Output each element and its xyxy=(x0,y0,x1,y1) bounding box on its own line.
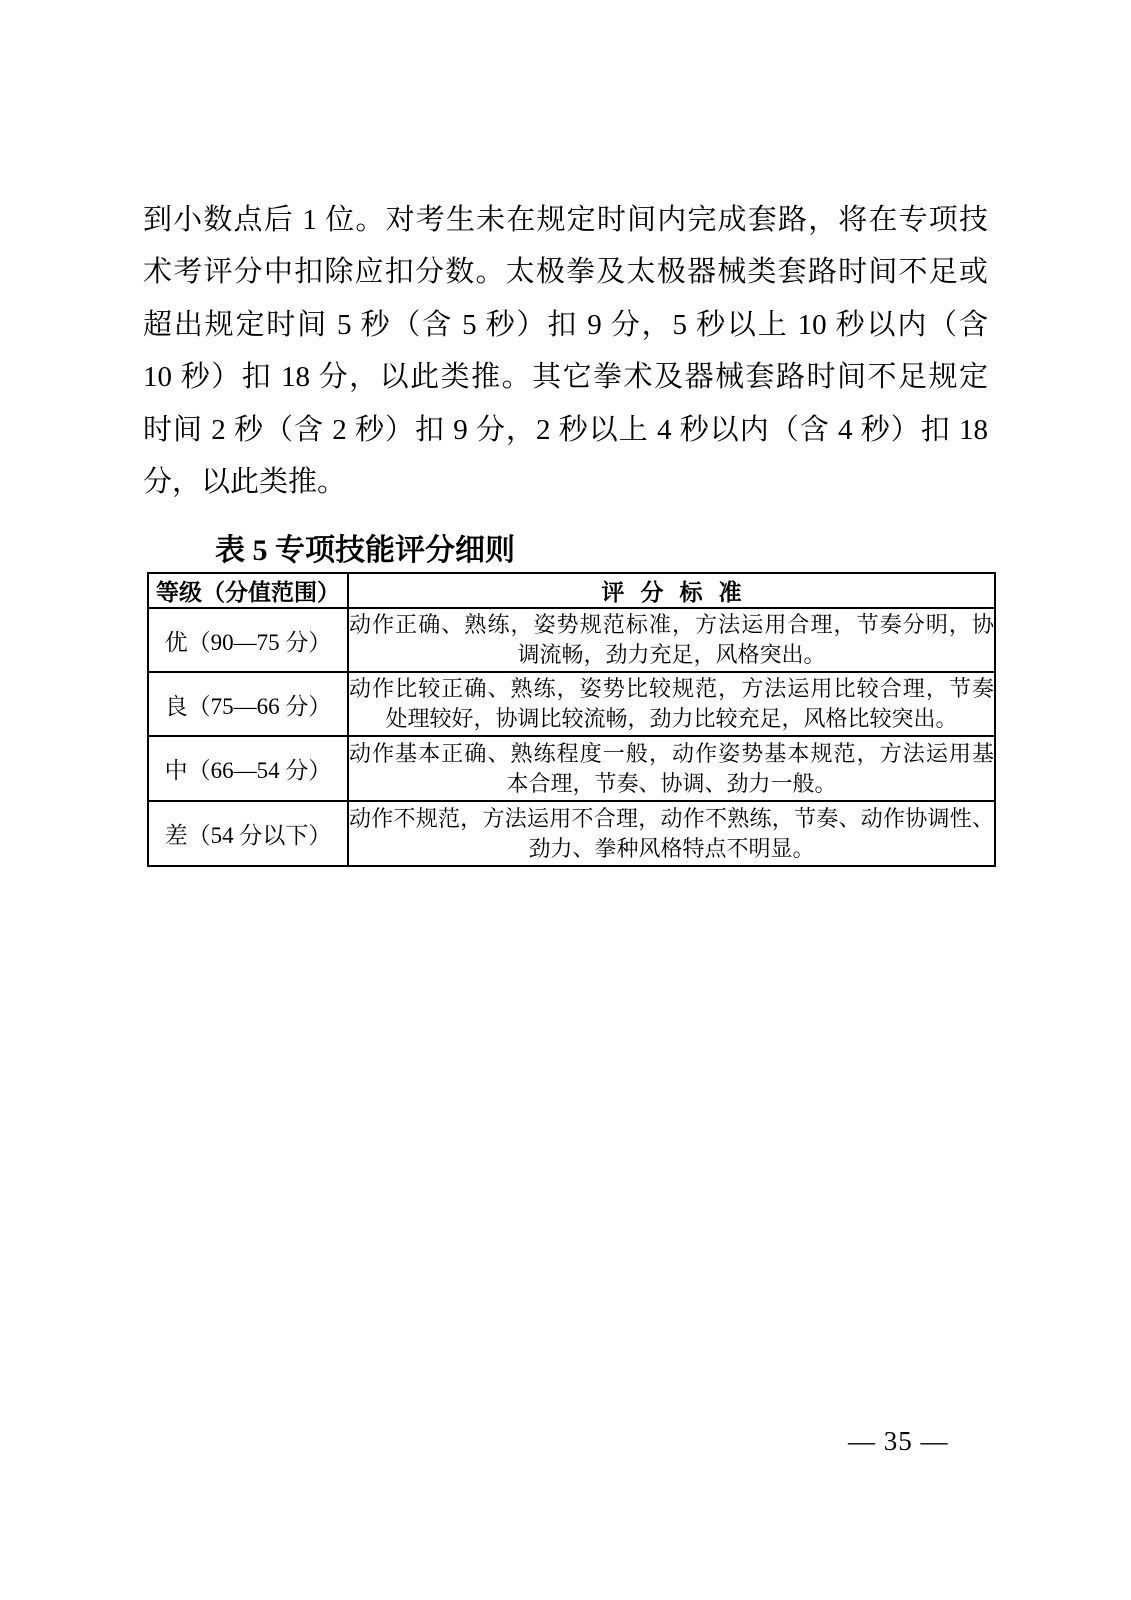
table-row: 良（75—66 分） 动作比较正确、熟练，姿势比较规范，方法运用比较合理，节奏 … xyxy=(148,672,995,736)
paragraph-line: 10 秒）扣 18 分，以此类推。其它拳术及器械套路时间不足规定 xyxy=(143,351,988,403)
criteria-column-header: 评 分 标 准 xyxy=(348,573,995,608)
grade-cell: 优（90—75 分） xyxy=(148,608,348,672)
document-page: 到小数点后 1 位。对考生未在规定时间内完成套路，将在专项技 术考评分中扣除应扣… xyxy=(0,0,1131,1600)
paragraph-line: 超出规定时间 5 秒（含 5 秒）扣 9 分，5 秒以上 10 秒以内（含 xyxy=(143,299,988,351)
criteria-line: 动作正确、熟练，姿势规范标准，方法运用合理，节奏分明，协 xyxy=(349,610,994,640)
criteria-cell: 动作基本正确、熟练程度一般，动作姿势基本规范，方法运用基 本合理，节奏、协调、劲… xyxy=(348,736,995,801)
criteria-cell: 动作正确、熟练，姿势规范标准，方法运用合理，节奏分明，协 调流畅，劲力充足，风格… xyxy=(348,608,995,672)
table-row: 差（54 分以下） 动作不规范，方法运用不合理，动作不熟练，节奏、动作协调性、 … xyxy=(148,801,995,866)
table-header-row: 等级（分值范围） 评 分 标 准 xyxy=(148,573,995,608)
criteria-line: 处理较好，协调比较流畅，劲力比较充足，风格比较突出。 xyxy=(349,704,994,734)
scoring-rubric-table: 等级（分值范围） 评 分 标 准 优（90—75 分） 动作正确、熟练，姿势规范… xyxy=(147,572,996,867)
criteria-line: 调流畅，劲力充足，风格突出。 xyxy=(349,640,994,670)
paragraph-line: 分，以此类推。 xyxy=(143,456,988,508)
table-title: 表 5 专项技能评分细则 xyxy=(215,533,515,569)
page-number: — 35 — xyxy=(848,1424,949,1458)
grade-cell: 良（75—66 分） xyxy=(148,672,348,736)
table-row: 中（66—54 分） 动作基本正确、熟练程度一般，动作姿势基本规范，方法运用基 … xyxy=(148,736,995,801)
paragraph-line: 到小数点后 1 位。对考生未在规定时间内完成套路，将在专项技 xyxy=(143,194,988,246)
table-row: 优（90—75 分） 动作正确、熟练，姿势规范标准，方法运用合理，节奏分明，协 … xyxy=(148,608,995,672)
criteria-line: 动作基本正确、熟练程度一般，动作姿势基本规范，方法运用基 xyxy=(349,739,994,769)
criteria-line: 劲力、拳种风格特点不明显。 xyxy=(349,834,994,864)
criteria-cell: 动作比较正确、熟练，姿势比较规范，方法运用比较合理，节奏 处理较好，协调比较流畅… xyxy=(348,672,995,736)
paragraph-line: 时间 2 秒（含 2 秒）扣 9 分，2 秒以上 4 秒以内（含 4 秒）扣 1… xyxy=(143,404,988,456)
criteria-cell: 动作不规范，方法运用不合理，动作不熟练，节奏、动作协调性、 劲力、拳种风格特点不… xyxy=(348,801,995,866)
grade-column-header: 等级（分值范围） xyxy=(148,573,348,608)
grade-cell: 中（66—54 分） xyxy=(148,736,348,801)
paragraph-line: 术考评分中扣除应扣分数。太极拳及太极器械类套路时间不足或 xyxy=(143,246,988,298)
criteria-line: 本合理，节奏、协调、劲力一般。 xyxy=(349,769,994,799)
criteria-line: 动作不规范，方法运用不合理，动作不熟练，节奏、动作协调性、 xyxy=(349,804,994,834)
criteria-line: 动作比较正确、熟练，姿势比较规范，方法运用比较合理，节奏 xyxy=(349,674,994,704)
paragraph: 到小数点后 1 位。对考生未在规定时间内完成套路，将在专项技 术考评分中扣除应扣… xyxy=(143,194,988,508)
grade-cell: 差（54 分以下） xyxy=(148,801,348,866)
